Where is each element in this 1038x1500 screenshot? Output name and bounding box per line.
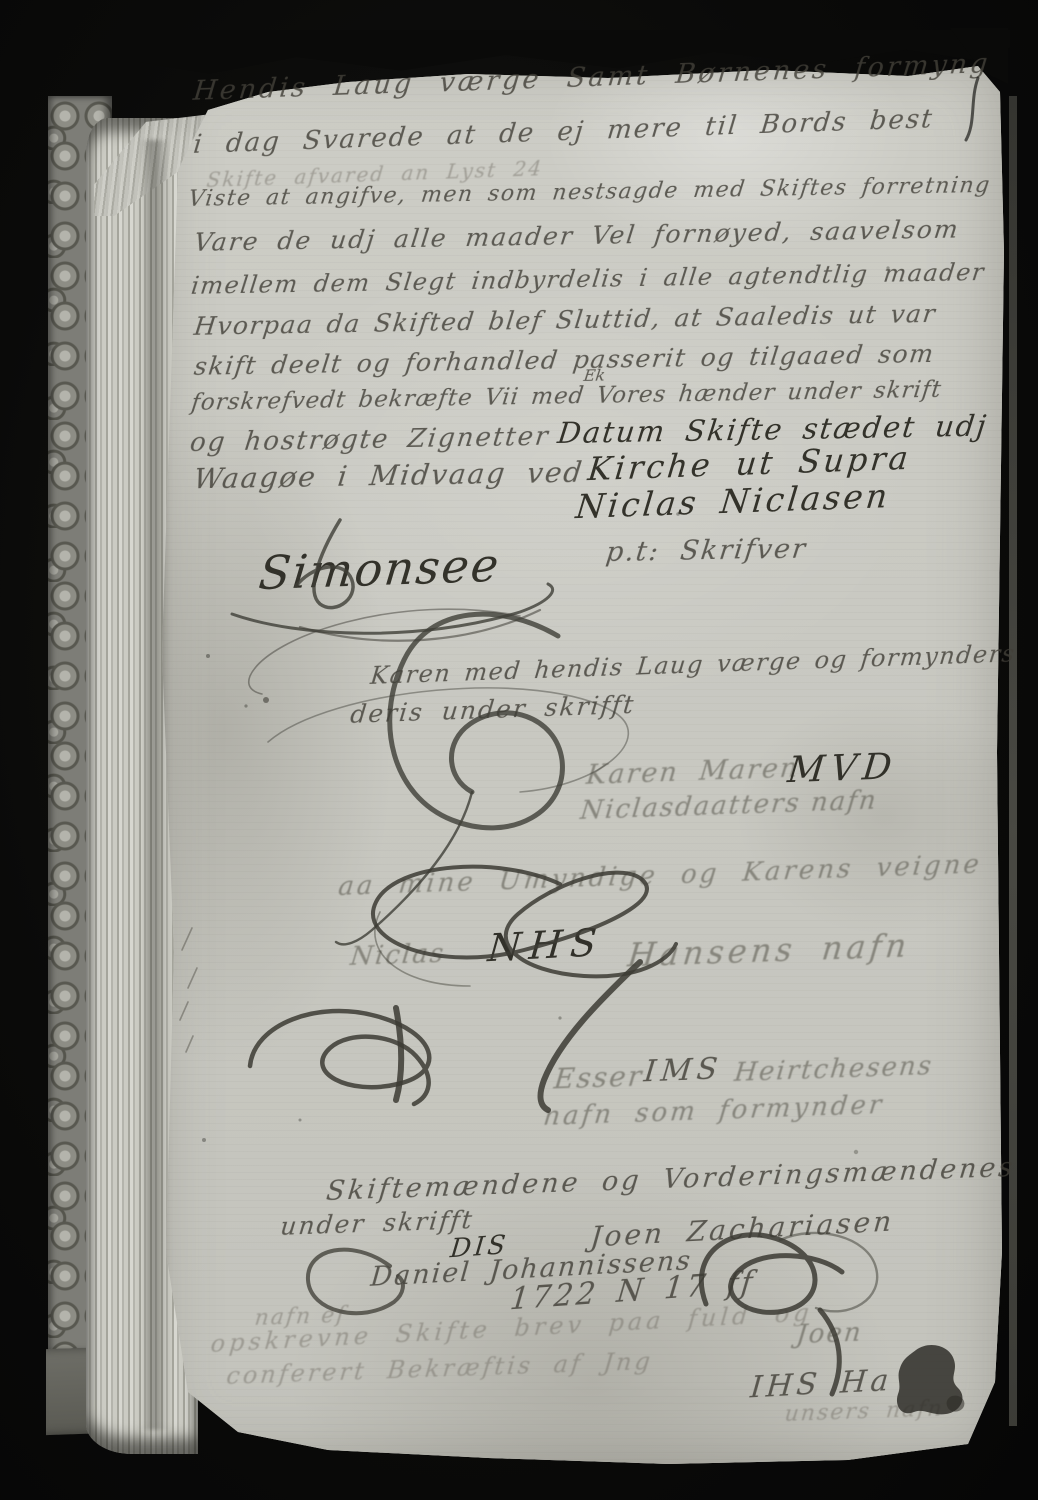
initials-mvd: MVD (786, 746, 900, 791)
clerk-title: p.t: Skrifver (604, 533, 809, 568)
handwriting-line: Niclas (349, 939, 447, 972)
handwriting-superscript: Ek (583, 366, 607, 385)
initials-ims: IMS (642, 1051, 724, 1089)
signature-simon: Simonsee (256, 538, 503, 601)
handwriting-line: Waagøe i Midvaag ved (192, 455, 586, 495)
initials-nhs: NHS (486, 920, 606, 970)
handwriting-line: Esser (553, 1059, 646, 1095)
archival-scan: Hendis Laug værge Samt Børnenes formyng … (0, 0, 1038, 1500)
handwriting-line: og hostrøgte Zignetter (188, 422, 551, 458)
gutter-shadow (140, 140, 170, 1430)
right-cover-edge (1009, 96, 1017, 1426)
handwriting-line-faded: Joen (795, 1318, 864, 1350)
